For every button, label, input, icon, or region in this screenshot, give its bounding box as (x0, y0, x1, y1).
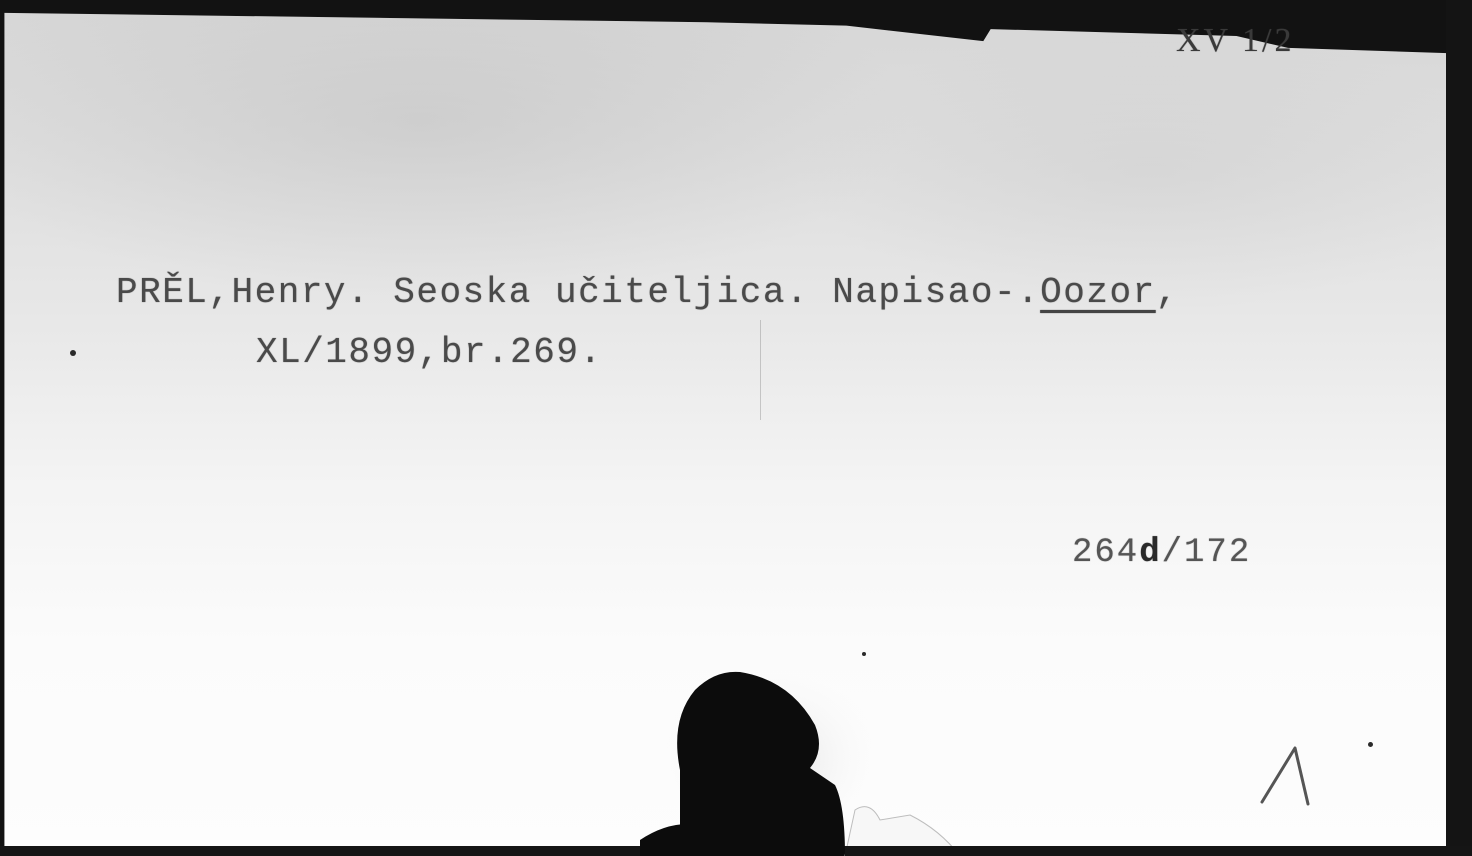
call-number-prefix: 264 (1072, 534, 1139, 572)
scan-border-right (1446, 0, 1472, 856)
paper-crease (760, 320, 761, 420)
ink-speck (70, 350, 76, 356)
scanned-catalog-card: XV 1/2 PRĚL,Henry. Seoska učiteljica. Na… (0, 0, 1472, 856)
ink-speck (1368, 742, 1373, 747)
bibliographic-entry-line-2: XL/1899,br.269. (256, 332, 603, 373)
shelf-mark: XV 1/2 (1176, 22, 1294, 60)
bibliographic-entry-line-1: PRĚL,Henry. Seoska učiteljica. Napisao-.… (116, 272, 1179, 313)
author-name: PRĚL,Henry. (116, 272, 370, 313)
punched-hole-damage (640, 640, 1000, 856)
work-title: Seoska učiteljica. (370, 272, 809, 313)
call-number: 264d/172 (1072, 534, 1251, 572)
journal-title: Oozor (1040, 272, 1156, 313)
handwritten-caret-mark-icon (1250, 740, 1320, 810)
call-number-suffix: /172 (1162, 534, 1252, 572)
punctuation: , (1156, 272, 1179, 313)
responsibility-statement: Napisao-. (809, 272, 1040, 313)
call-number-letter: d (1139, 534, 1161, 572)
